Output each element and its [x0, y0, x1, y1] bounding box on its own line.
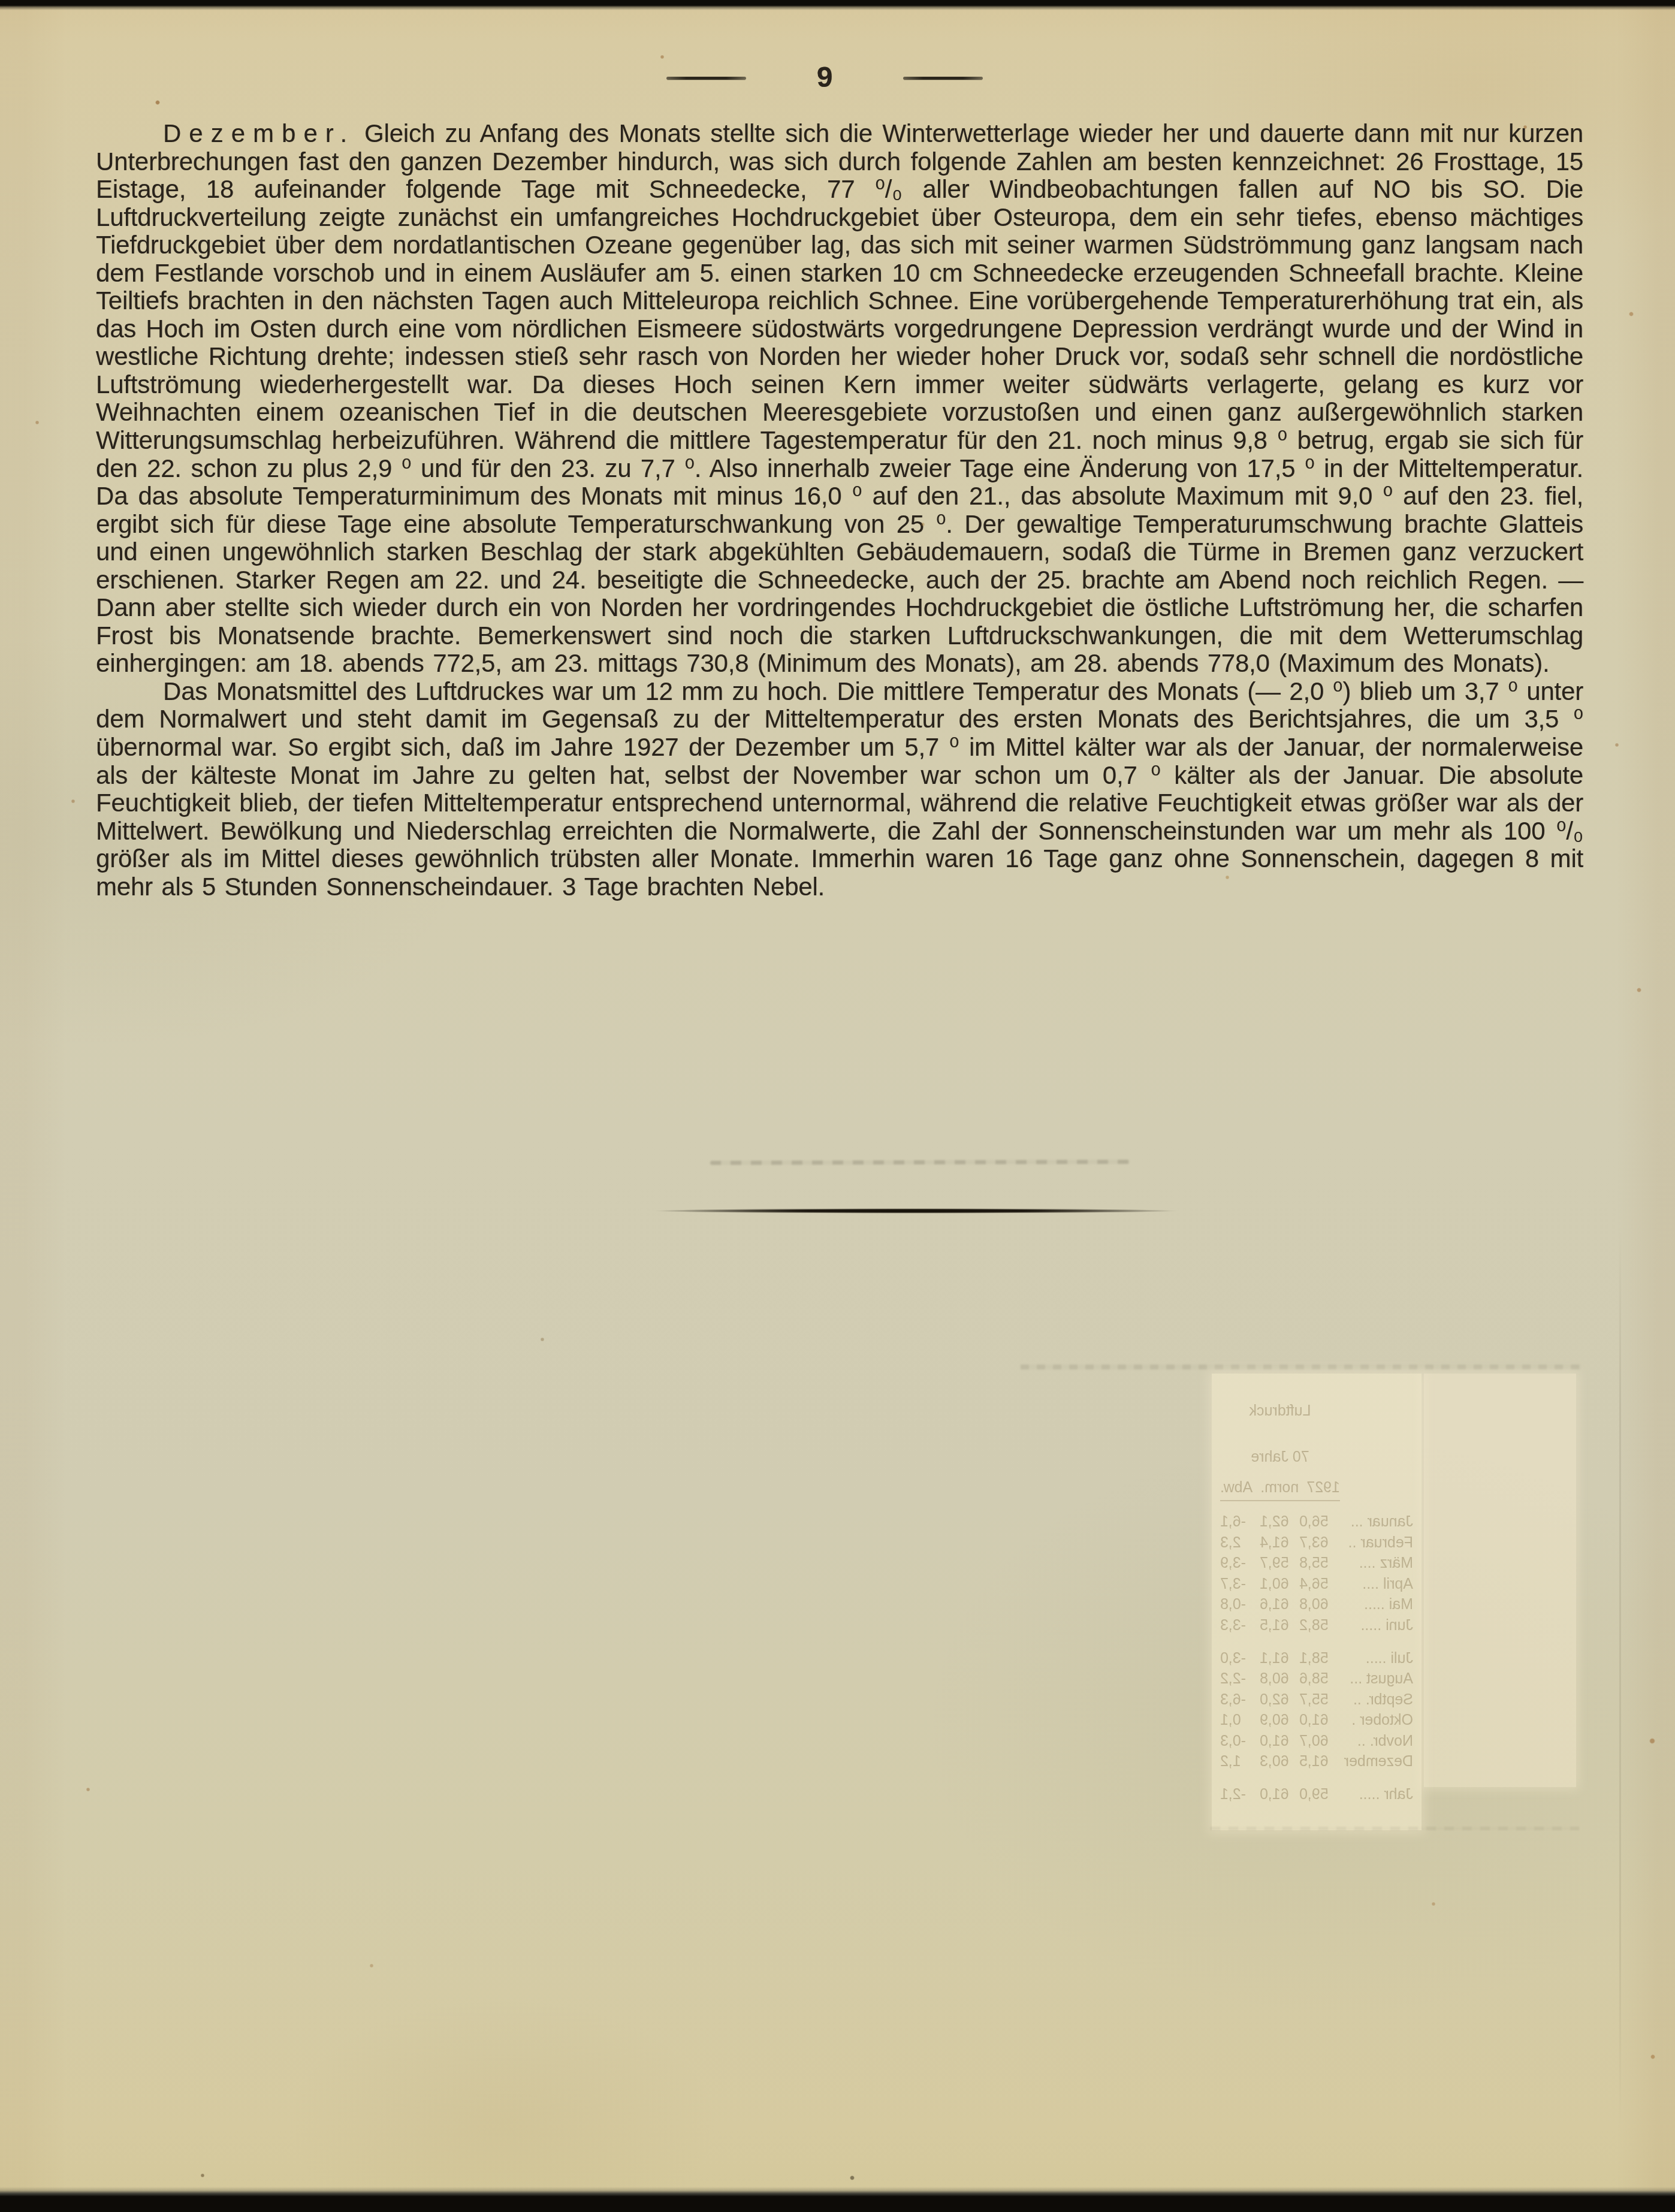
bleedthrough-row-label: Juni ..... [1339, 1618, 1413, 1633]
bleedthrough-row-label: Novbr. .. [1339, 1734, 1413, 1749]
bleedthrough-row: Januar ...56,062,1-6,1 [1220, 1514, 1413, 1529]
bleedthrough-row-label: August ... [1339, 1671, 1413, 1686]
paper-crease [1619, 1229, 1621, 2127]
paragraph-lead-word: Dezember. [163, 119, 355, 147]
bleedthrough-row-label: März .... [1339, 1556, 1413, 1571]
header-rule-right [903, 77, 983, 80]
bleedthrough-row: April ....56,460,1-3,7 [1220, 1577, 1413, 1592]
bleedthrough-row-label: Jahr ..... [1339, 1787, 1413, 1802]
paragraph-monatsmittel-text: Das Monatsmittel des Luftdruckes war um … [96, 677, 1583, 901]
bleedthrough-row: Juli .....58,161,1-3,0 [1220, 1651, 1413, 1666]
bleedthrough-row: August ...58,660,8-2,2 [1220, 1671, 1413, 1686]
bleedthrough-row-value: -3,7 [1220, 1577, 1260, 1592]
bleedthrough-bottom-smear [1211, 1827, 1579, 1830]
bleedthrough-row: Jahr .....59,061,0-2,1 [1220, 1787, 1413, 1802]
bleedthrough-row-label: April .... [1339, 1577, 1413, 1592]
bleedthrough-row-value: -0,3 [1220, 1734, 1260, 1749]
bleedthrough-row-value: -0,8 [1220, 1597, 1260, 1612]
bleedthrough-col-1927: 1927 [1306, 1480, 1340, 1495]
bleedthrough-row-value: 61,0 [1260, 1734, 1299, 1749]
body-text: Dezember.Gleich zu Anfang des Monats ste… [96, 120, 1583, 901]
bleedthrough-row-label: Oktober . [1339, 1713, 1413, 1728]
paragraph-monatsmittel: Das Monatsmittel des Luftdruckes war um … [96, 678, 1583, 901]
bleedthrough-row-value: 55,8 [1299, 1556, 1339, 1571]
bleedthrough-row-value: 60,8 [1299, 1597, 1339, 1612]
bleedthrough-top-smear [1021, 1365, 1581, 1369]
bleedthrough-row-value: -3,3 [1220, 1618, 1260, 1633]
ink-smudge [710, 1160, 1130, 1165]
bleedthrough-row: Mai .....60,861,6-0,8 [1220, 1597, 1413, 1612]
bleedthrough-row-value: 2,3 [1220, 1535, 1260, 1550]
bleedthrough-row-value: 60,8 [1260, 1671, 1299, 1686]
bleedthrough-col-norm: norm. [1260, 1480, 1299, 1495]
bleedthrough-column-headers: 1927 norm. Abw. [1220, 1480, 1340, 1501]
bleedthrough-row-value: -6,1 [1220, 1514, 1260, 1529]
scan-edge-bottom [0, 2187, 1675, 2212]
bleedthrough-row-value: 62,1 [1260, 1514, 1299, 1529]
page-header: 9 [0, 64, 1649, 92]
bleedthrough-title: Luftdruck [1220, 1404, 1340, 1419]
bleedthrough-row-label: Februar .. [1339, 1535, 1413, 1550]
bleedthrough-col-abw: Abw. [1220, 1480, 1253, 1495]
bleedthrough-row-label: Septbr. .. [1339, 1692, 1413, 1707]
bleedthrough-row-value: 61,4 [1260, 1535, 1299, 1550]
bleedthrough-row-value: 55,7 [1299, 1692, 1339, 1707]
bleedthrough-blank-panel [1424, 1374, 1576, 1787]
bleedthrough-row-value: 58,1 [1299, 1651, 1339, 1666]
scan-edge-top [0, 0, 1675, 10]
bleedthrough-row-value: 61,0 [1260, 1787, 1299, 1802]
bleedthrough-inner: Luftdruck 70 Jahre 1927 norm. Abw. Janua… [1212, 1374, 1422, 1830]
bleedthrough-row-value: 63,7 [1299, 1535, 1339, 1550]
bleedthrough-row-value: -6,3 [1220, 1692, 1260, 1707]
bleedthrough-row: Oktober .61,060,90,1 [1220, 1713, 1413, 1728]
bleedthrough-table-card: Luftdruck 70 Jahre 1927 norm. Abw. Janua… [1212, 1374, 1422, 1830]
bleedthrough-header: Luftdruck 70 Jahre 1927 norm. Abw. [1220, 1404, 1340, 1501]
bleedthrough-row-value: 60,7 [1299, 1734, 1339, 1749]
bleedthrough-row-value: 58,2 [1299, 1618, 1339, 1633]
bleedthrough-rows: Januar ...56,062,1-6,1Februar ..63,761,4… [1220, 1514, 1413, 1802]
bleedthrough-row-label: Mai ..... [1339, 1597, 1413, 1612]
bleedthrough-row-value: -3,9 [1220, 1556, 1260, 1571]
bleedthrough-row: Septbr. ..55,762,0-6,3 [1220, 1692, 1413, 1707]
bleedthrough-row-value: -3,0 [1220, 1651, 1260, 1666]
bleedthrough-row-value: 61,6 [1260, 1597, 1299, 1612]
bleedthrough-row-value: 60,1 [1260, 1577, 1299, 1592]
bleedthrough-row-value: 56,0 [1299, 1514, 1339, 1529]
bleedthrough-row-value: 62,0 [1260, 1692, 1299, 1707]
bleedthrough-row-label: Januar ... [1339, 1514, 1413, 1529]
bleedthrough-row-label: Juli ..... [1339, 1651, 1413, 1666]
bleedthrough-subtitle: 70 Jahre [1220, 1450, 1340, 1465]
bleedthrough-row-value: 61,5 [1299, 1754, 1339, 1769]
bleedthrough-row-value: 56,4 [1299, 1577, 1339, 1592]
bleedthrough-row-value: 61,5 [1260, 1618, 1299, 1633]
header-rule-left [666, 77, 746, 80]
bleedthrough-row-value: 1,2 [1220, 1754, 1260, 1769]
bleedthrough-row-label: Dezember [1339, 1754, 1413, 1769]
bleedthrough-row-value: 0,1 [1220, 1713, 1260, 1728]
bleedthrough-row: Juni .....58,261,5-3,3 [1220, 1618, 1413, 1633]
paragraph-dezember: Dezember.Gleich zu Anfang des Monats ste… [96, 120, 1583, 678]
bleedthrough-row-value: 60,3 [1260, 1754, 1299, 1769]
bleedthrough-row-value: -2,2 [1220, 1671, 1260, 1686]
paragraph-dezember-text: Gleich zu Anfang des Monats stellte sich… [96, 119, 1583, 677]
bleedthrough-row: Novbr. ..60,761,0-0,3 [1220, 1734, 1413, 1749]
bleedthrough-row: Februar ..63,761,42,3 [1220, 1535, 1413, 1550]
bleedthrough-row-value: 58,6 [1299, 1671, 1339, 1686]
bleedthrough-row: Dezember61,560,31,2 [1220, 1754, 1413, 1769]
page-number: 9 [817, 64, 833, 92]
section-divider-rule [642, 1208, 1189, 1214]
scanned-document-page: 9 Dezember.Gleich zu Anfang des Monats s… [0, 0, 1675, 2212]
bleedthrough-row-value: 59,0 [1299, 1787, 1339, 1802]
bleedthrough-row-value: 60,9 [1260, 1713, 1299, 1728]
bleedthrough-row-value: 59,7 [1260, 1556, 1299, 1571]
bleedthrough-row-value: 61,0 [1299, 1713, 1339, 1728]
bleedthrough-row-value: 61,1 [1260, 1651, 1299, 1666]
bleedthrough-row-value: -2,1 [1220, 1787, 1260, 1802]
bleedthrough-row: März ....55,859,7-3,9 [1220, 1556, 1413, 1571]
